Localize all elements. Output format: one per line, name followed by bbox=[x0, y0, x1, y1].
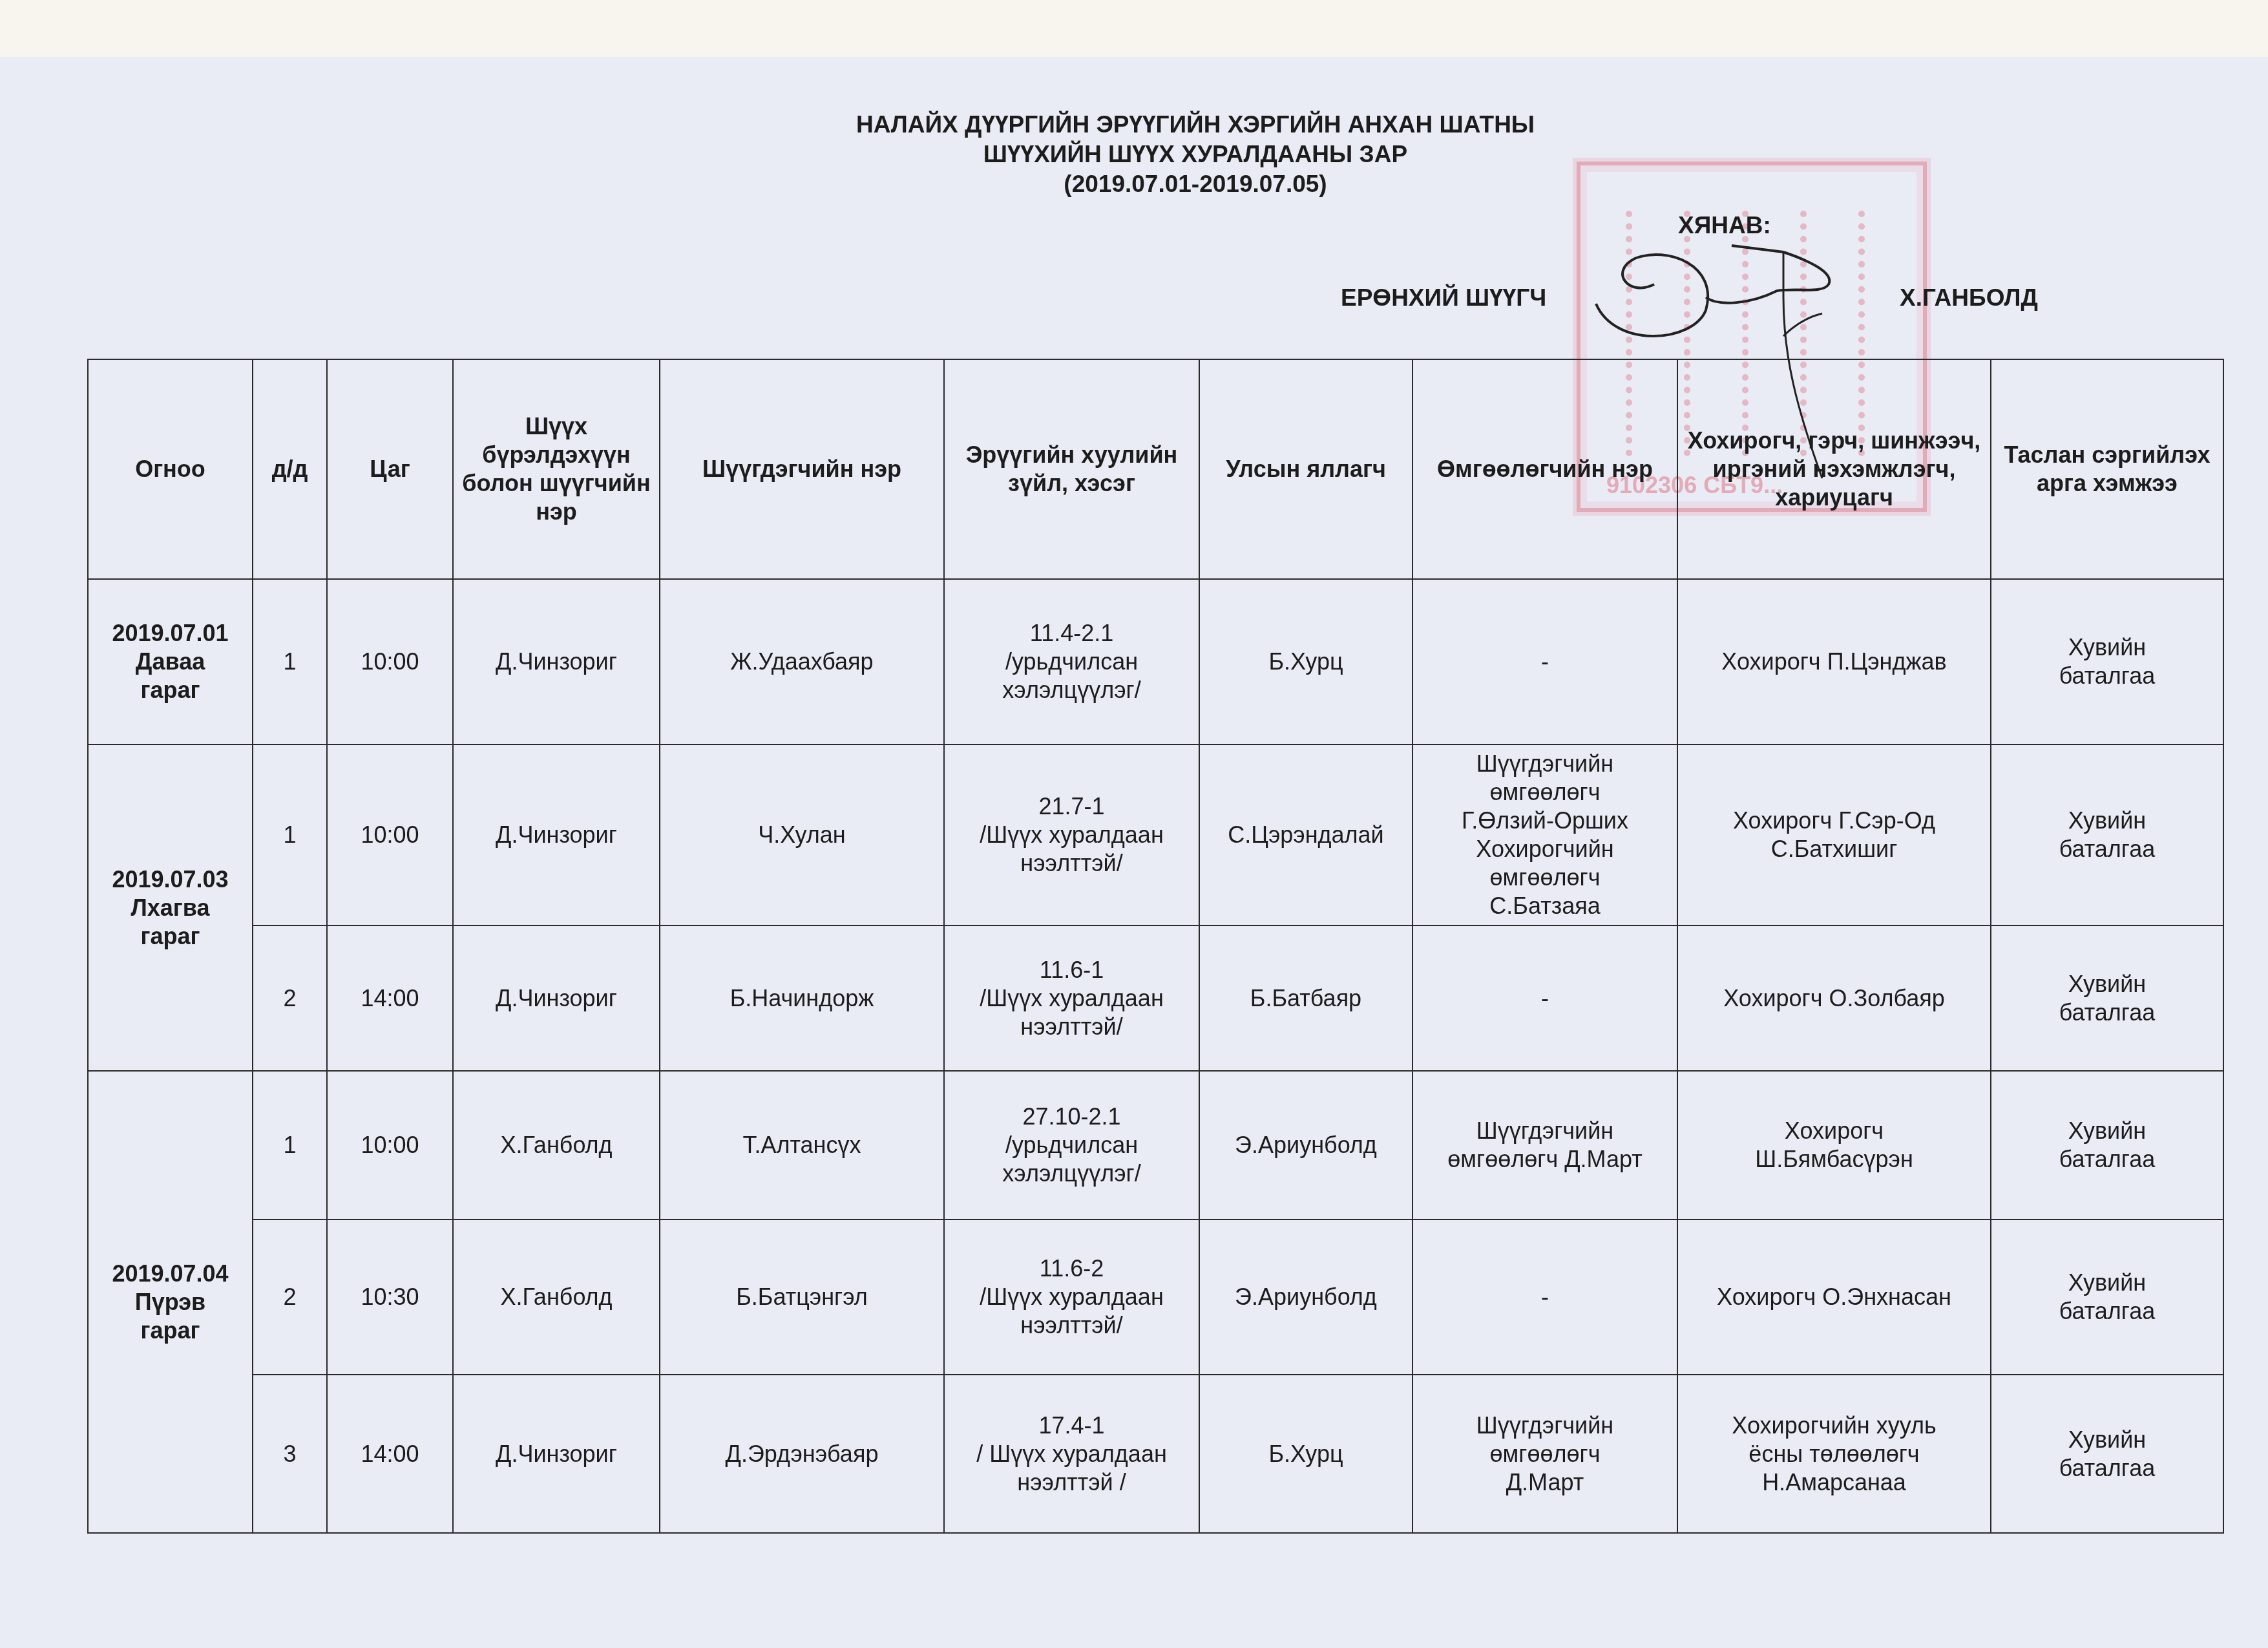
victim-witness: Хохирогч П.Цэнджав bbox=[1677, 579, 1991, 745]
document-title: НАЛАЙХ ДҮҮРГИЙН ЭРҮҮГИЙН ХЭРГИЙН АНХАН Ш… bbox=[678, 110, 1712, 199]
header-defendant: Шүүгдэгчийн нэр bbox=[660, 359, 944, 579]
table-row: 2019.07.01 Даваа гараг110:00Д.ЧинзоригЖ.… bbox=[88, 579, 2223, 745]
law-article: 27.10-2.1 /урьдчилсан хэлэлцүүлэг/ bbox=[944, 1071, 1199, 1220]
title-line-1: НАЛАЙХ ДҮҮРГИЙН ЭРҮҮГИЙН ХЭРГИЙН АНХАН Ш… bbox=[678, 110, 1712, 140]
law-article: 21.7-1 /Шүүх хуралдаан нээлттэй/ bbox=[944, 745, 1199, 925]
header-number: д/д bbox=[253, 359, 327, 579]
title-line-2: ШҮҮХИЙН ШҮҮХ ХУРАЛДААНЫ ЗАР bbox=[678, 140, 1712, 169]
preventive-measure: Хувийн баталгаа bbox=[1991, 745, 2223, 925]
header-prosecutor: Улсын яллагч bbox=[1199, 359, 1412, 579]
prosecutor-name: Б.Хурц bbox=[1199, 1375, 1412, 1533]
hearing-date: 2019.07.03 Лхагва гараг bbox=[88, 745, 253, 1071]
row-number: 1 bbox=[253, 579, 327, 745]
row-number: 2 bbox=[253, 925, 327, 1071]
scan-top-strip bbox=[0, 0, 2268, 57]
table-row: 214:00Д.ЧинзоригБ.Начиндорж11.6-1 /Шүүх … bbox=[88, 925, 2223, 1071]
judge-name: Д.Чинзориг bbox=[453, 925, 660, 1071]
defense-lawyer: - bbox=[1412, 1220, 1677, 1375]
prosecutor-name: Э.Ариунболд bbox=[1199, 1220, 1412, 1375]
hearing-time: 10:00 bbox=[327, 1071, 453, 1220]
row-number: 2 bbox=[253, 1220, 327, 1375]
hearing-schedule-table: Огноод/дЦагШүүх бүрэлдэхүүн болон шүүгчи… bbox=[87, 359, 2224, 1534]
hearing-time: 10:00 bbox=[327, 745, 453, 925]
hearing-time: 10:00 bbox=[327, 579, 453, 745]
row-number: 3 bbox=[253, 1375, 327, 1533]
hearing-date: 2019.07.04 Пүрэв гараг bbox=[88, 1071, 253, 1533]
defendant-name: Ж.Удаахбаяр bbox=[660, 579, 944, 745]
preventive-measure: Хувийн баталгаа bbox=[1991, 1071, 2223, 1220]
table-row: 2019.07.04 Пүрэв гараг110:00Х.ГанболдТ.А… bbox=[88, 1071, 2223, 1220]
preventive-measure: Хувийн баталгаа bbox=[1991, 925, 2223, 1071]
law-article: 17.4-1 / Шүүх хуралдаан нээлттэй / bbox=[944, 1375, 1199, 1533]
prosecutor-name: Б.Хурц bbox=[1199, 579, 1412, 745]
defendant-name: Б.Начиндорж bbox=[660, 925, 944, 1071]
judge-name: Д.Чинзориг bbox=[453, 745, 660, 925]
hearing-time: 10:30 bbox=[327, 1220, 453, 1375]
victim-witness: Хохирогч О.Золбаяр bbox=[1677, 925, 1991, 1071]
defendant-name: Т.Алтансүх bbox=[660, 1071, 944, 1220]
law-article: 11.4-2.1 /урьдчилсан хэлэлцүүлэг/ bbox=[944, 579, 1199, 745]
defendant-name: Ч.Хулан bbox=[660, 745, 944, 925]
judge-name: Д.Чинзориг bbox=[453, 579, 660, 745]
header-time: Цаг bbox=[327, 359, 453, 579]
preventive-measure: Хувийн баталгаа bbox=[1991, 1375, 2223, 1533]
defense-lawyer: Шүүгдэгчийн өмгөөлөгч Г.Өлзий-Орших Хохи… bbox=[1412, 745, 1677, 925]
table-header-row: Огноод/дЦагШүүх бүрэлдэхүүн болон шүүгчи… bbox=[88, 359, 2223, 579]
defense-lawyer: Шүүгдэгчийн өмгөөлөгч Д.Март bbox=[1412, 1071, 1677, 1220]
prosecutor-name: Э.Ариунболд bbox=[1199, 1071, 1412, 1220]
chief-judge-name: Х.ГАНБОЛД bbox=[1900, 284, 2038, 312]
victim-witness: Хохирогч Ш.Бямбасүрэн bbox=[1677, 1071, 1991, 1220]
header-article: Эрүүгийн хуулийн зүйл, хэсэг bbox=[944, 359, 1199, 579]
victim-witness: Хохирогч О.Энхнасан bbox=[1677, 1220, 1991, 1375]
chief-judge-label: ЕРӨНХИЙ ШҮҮГЧ bbox=[1341, 284, 1546, 312]
header-defense-lawyer: Өмгөөлөгчийн нэр bbox=[1412, 359, 1677, 579]
table-row: 2019.07.03 Лхагва гараг110:00Д.ЧинзоригЧ… bbox=[88, 745, 2223, 925]
header-judge: Шүүх бүрэлдэхүүн болон шүүгчийн нэр bbox=[453, 359, 660, 579]
defense-lawyer: - bbox=[1412, 579, 1677, 745]
preventive-measure: Хувийн баталгаа bbox=[1991, 579, 2223, 745]
preventive-measure: Хувийн баталгаа bbox=[1991, 1220, 2223, 1375]
defendant-name: Б.Батцэнгэл bbox=[660, 1220, 944, 1375]
row-number: 1 bbox=[253, 1071, 327, 1220]
table-row: 314:00Д.ЧинзоригД.Эрдэнэбаяр17.4-1 / Шүү… bbox=[88, 1375, 2223, 1533]
header-preventive-measure: Таслан сэргийлэх арга хэмжээ bbox=[1991, 359, 2223, 579]
defense-lawyer: - bbox=[1412, 925, 1677, 1071]
victim-witness: Хохирогч Г.Сэр-Од С.Батхишиг bbox=[1677, 745, 1991, 925]
approval-label: ХЯНАВ: bbox=[1678, 212, 1771, 239]
header-date: Огноо bbox=[88, 359, 253, 579]
table-row: 210:30Х.ГанболдБ.Батцэнгэл11.6-2 /Шүүх х… bbox=[88, 1220, 2223, 1375]
law-article: 11.6-2 /Шүүх хуралдаан нээлттэй/ bbox=[944, 1220, 1199, 1375]
prosecutor-name: Б.Батбаяр bbox=[1199, 925, 1412, 1071]
law-article: 11.6-1 /Шүүх хуралдаан нээлттэй/ bbox=[944, 925, 1199, 1071]
row-number: 1 bbox=[253, 745, 327, 925]
title-line-3: (2019.07.01-2019.07.05) bbox=[678, 169, 1712, 199]
defense-lawyer: Шүүгдэгчийн өмгөөлөгч Д.Март bbox=[1412, 1375, 1677, 1533]
hearing-date: 2019.07.01 Даваа гараг bbox=[88, 579, 253, 745]
victim-witness: Хохирогчийн хууль ёсны төлөөлөгч Н.Амарс… bbox=[1677, 1375, 1991, 1533]
judge-name: Д.Чинзориг bbox=[453, 1375, 660, 1533]
defendant-name: Д.Эрдэнэбаяр bbox=[660, 1375, 944, 1533]
judge-name: Х.Ганболд bbox=[453, 1071, 660, 1220]
judge-name: Х.Ганболд bbox=[453, 1220, 660, 1375]
hearing-time: 14:00 bbox=[327, 925, 453, 1071]
prosecutor-name: С.Цэрэндалай bbox=[1199, 745, 1412, 925]
header-victim-witness: Хохирогч, гэрч, шинжээч, иргэний нэхэмжл… bbox=[1677, 359, 1991, 579]
hearing-time: 14:00 bbox=[327, 1375, 453, 1533]
